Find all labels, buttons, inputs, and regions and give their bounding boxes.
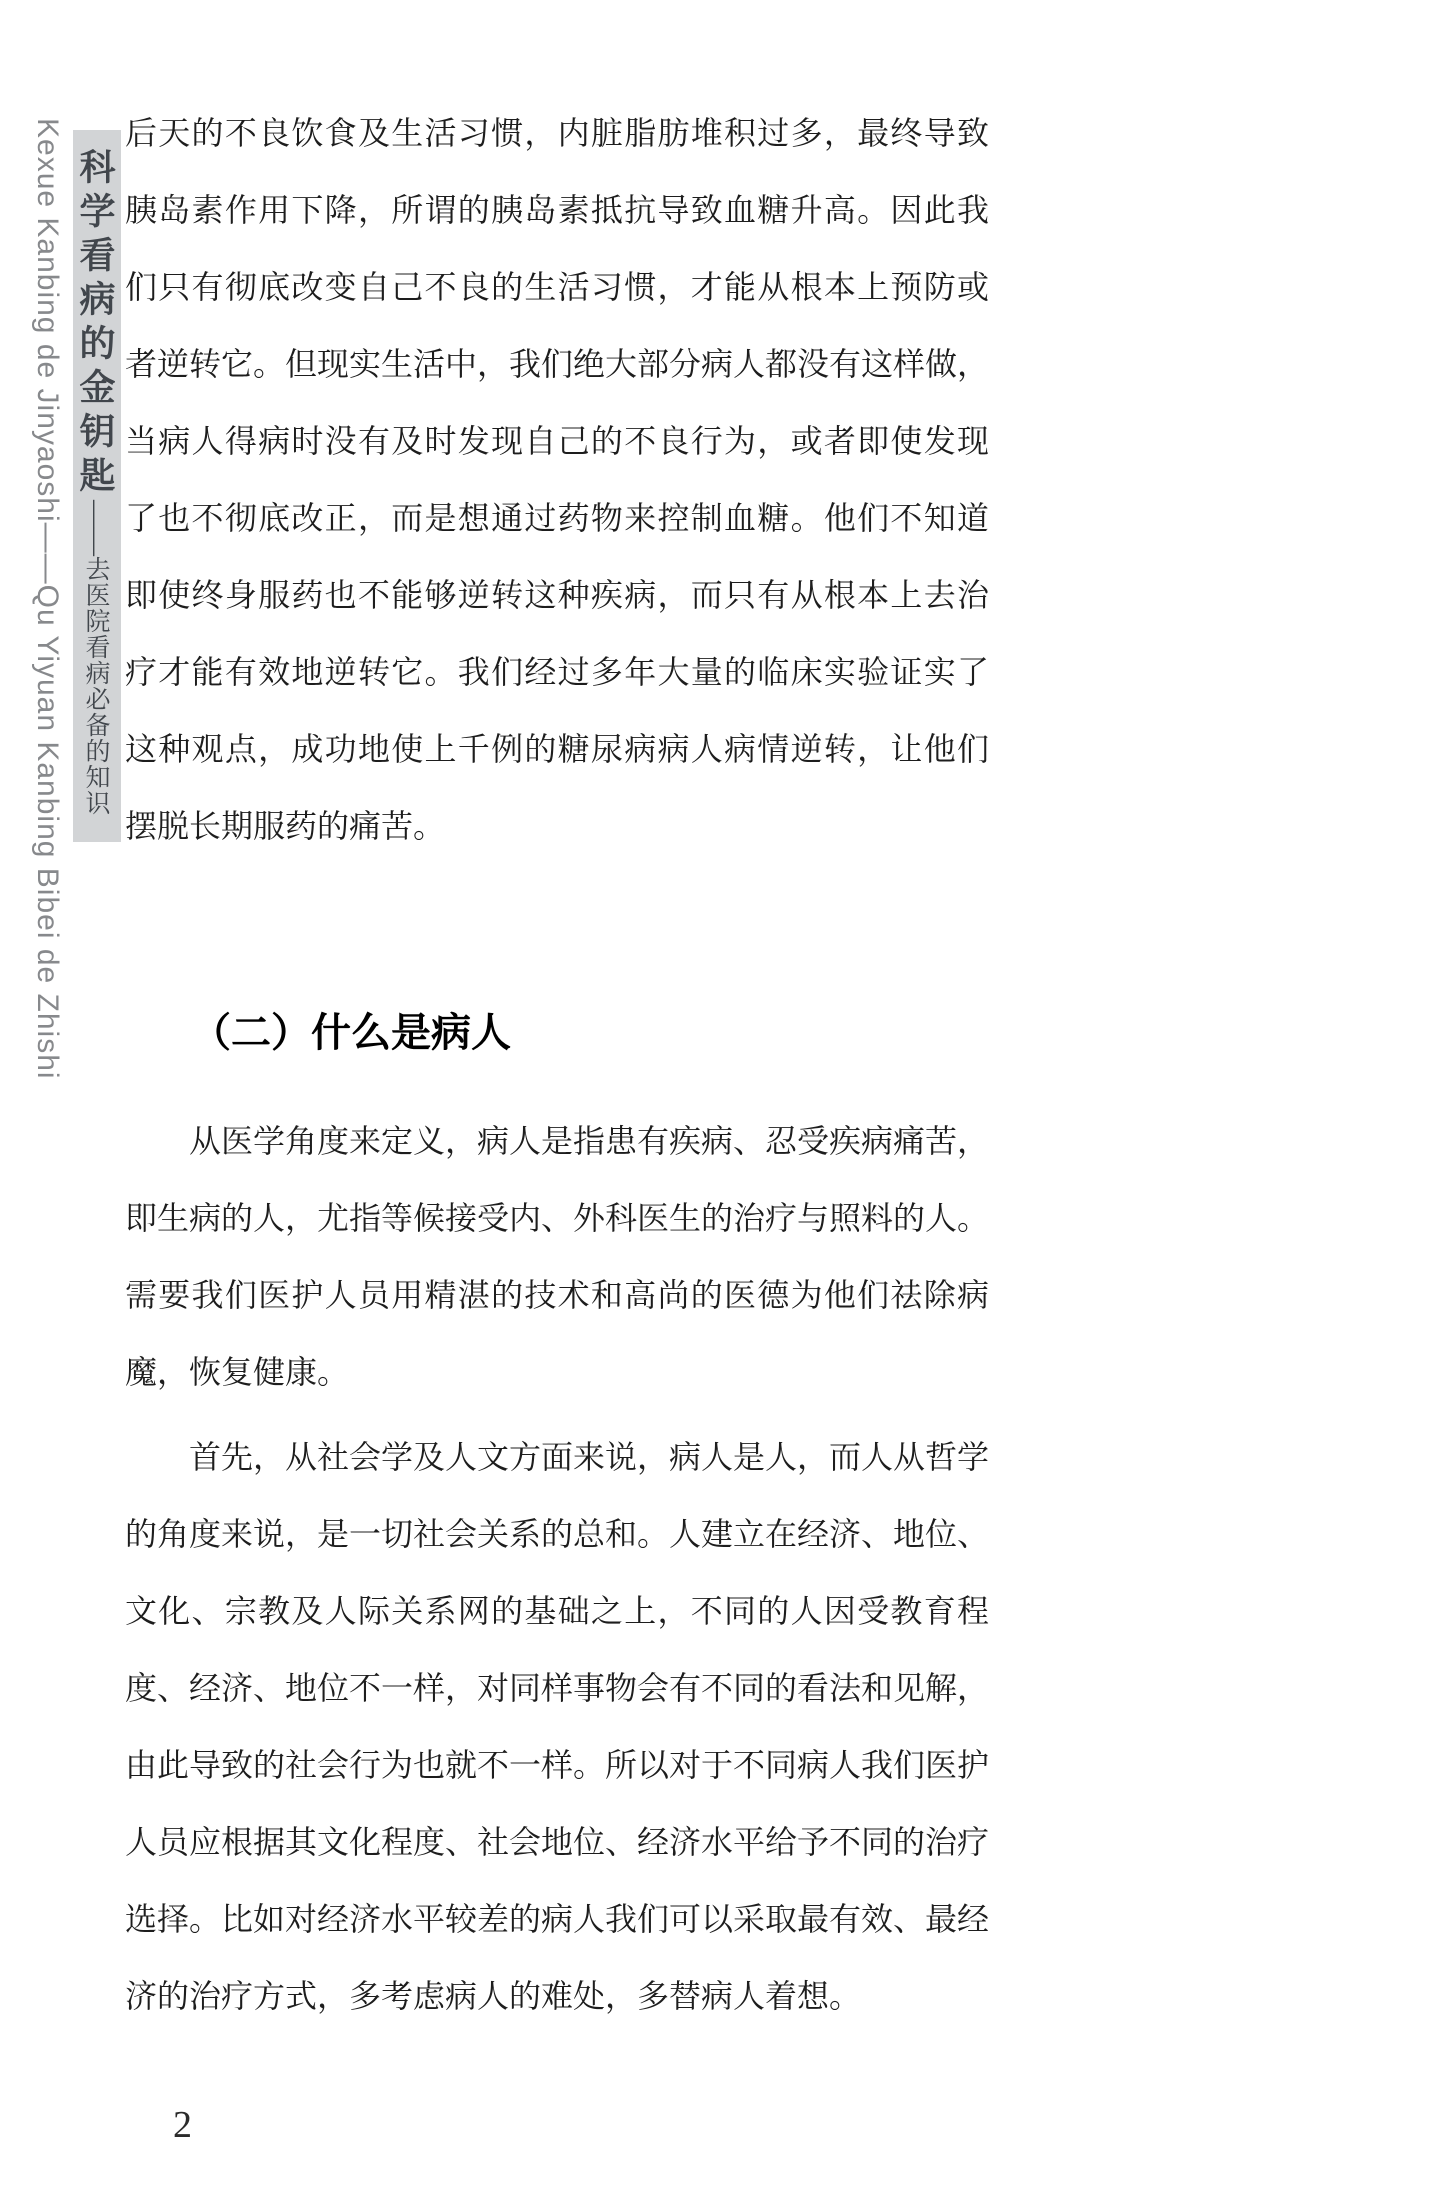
spine-title-calligraphy: 科学看病的金钥匙 (75, 148, 115, 500)
text-line: 济的治疗方式，多考虑病人的难处，多替病人着想。 (125, 1958, 989, 2035)
spine-dash: —— (80, 500, 111, 556)
paragraph-2: 从医学角度来定义，病人是指患有疾病、忍受疾病痛苦，即生病的人，尤指等候接受内、外… (125, 1103, 989, 1411)
spine-subtitle: 去医院看病必备的知识 (82, 556, 109, 816)
text-line: 文化、宗教及人际关系网的基础之上，不同的人因受教育程 (125, 1573, 989, 1650)
text-line: 度、经济、地位不一样，对同样事物会有不同的看法和见解， (125, 1650, 989, 1727)
page-content: 后天的不良饮食及生活习惯，内脏脂肪堆积过多，最终导致胰岛素作用下降，所谓的胰岛素… (125, 0, 989, 2147)
text-line: 即生病的人，尤指等候接受内、外科医生的治疗与照料的人。 (125, 1180, 989, 1257)
book-spine-bar: 科学看病的金钥匙——去医院看病必备的知识 (73, 130, 121, 842)
paragraph-1: 后天的不良饮食及生活习惯，内脏脂肪堆积过多，最终导致胰岛素作用下降，所谓的胰岛素… (125, 0, 989, 865)
text-line: 这种观点，成功地使上千例的糖尿病病人病情逆转，让他们 (125, 711, 989, 788)
text-line: 者逆转它。但现实生活中，我们绝大部分病人都没有这样做， (125, 326, 989, 403)
book-spine-text: 科学看病的金钥匙——去医院看病必备的知识 (87, 148, 104, 816)
text-line: 摆脱长期服药的痛苦。 (125, 788, 989, 865)
text-line: 由此导致的社会行为也就不一样。所以对于不同病人我们医护 (125, 1727, 989, 1804)
text-line: 的角度来说，是一切社会关系的总和。人建立在经济、地位、 (125, 1496, 989, 1573)
sidebar-romanized-title: Kexue Kanbing de Jinyaoshi——Qu Yiyuan Ka… (30, 118, 64, 1080)
section-heading: （二）什么是病人 (125, 1003, 989, 1063)
text-line: 人员应根据其文化程度、社会地位、经济水平给予不同的治疗 (125, 1804, 989, 1881)
text-line: 当病人得病时没有及时发现自己的不良行为，或者即使发现 (125, 403, 989, 480)
paragraph-3: 首先，从社会学及人文方面来说，病人是人，而人从哲学的角度来说，是一切社会关系的总… (125, 1419, 989, 2035)
text-line: 后天的不良饮食及生活习惯，内脏脂肪堆积过多，最终导致 (125, 95, 989, 172)
text-line: 即使终身服药也不能够逆转这种疾病，而只有从根本上去治 (125, 557, 989, 634)
text-line: 疗才能有效地逆转它。我们经过多年大量的临床实验证实了 (125, 634, 989, 711)
page-number: 2 (125, 2103, 989, 2147)
text-line: 胰岛素作用下降，所谓的胰岛素抵抗导致血糖升高。因此我 (125, 172, 989, 249)
text-line: 首先，从社会学及人文方面来说，病人是人，而人从哲学 (125, 1419, 989, 1496)
text-line: 们只有彻底改变自己不良的生活习惯，才能从根本上预防或 (125, 249, 989, 326)
text-line: 选择。比如对经济水平较差的病人我们可以采取最有效、最经 (125, 1881, 989, 1958)
text-line: 了也不彻底改正，而是想通过药物来控制血糖。他们不知道 (125, 480, 989, 557)
text-line: 魔，恢复健康。 (125, 1334, 989, 1411)
text-line: 需要我们医护人员用精湛的技术和高尚的医德为他们祛除病 (125, 1257, 989, 1334)
text-line: 从医学角度来定义，病人是指患有疾病、忍受疾病痛苦， (125, 1103, 989, 1180)
